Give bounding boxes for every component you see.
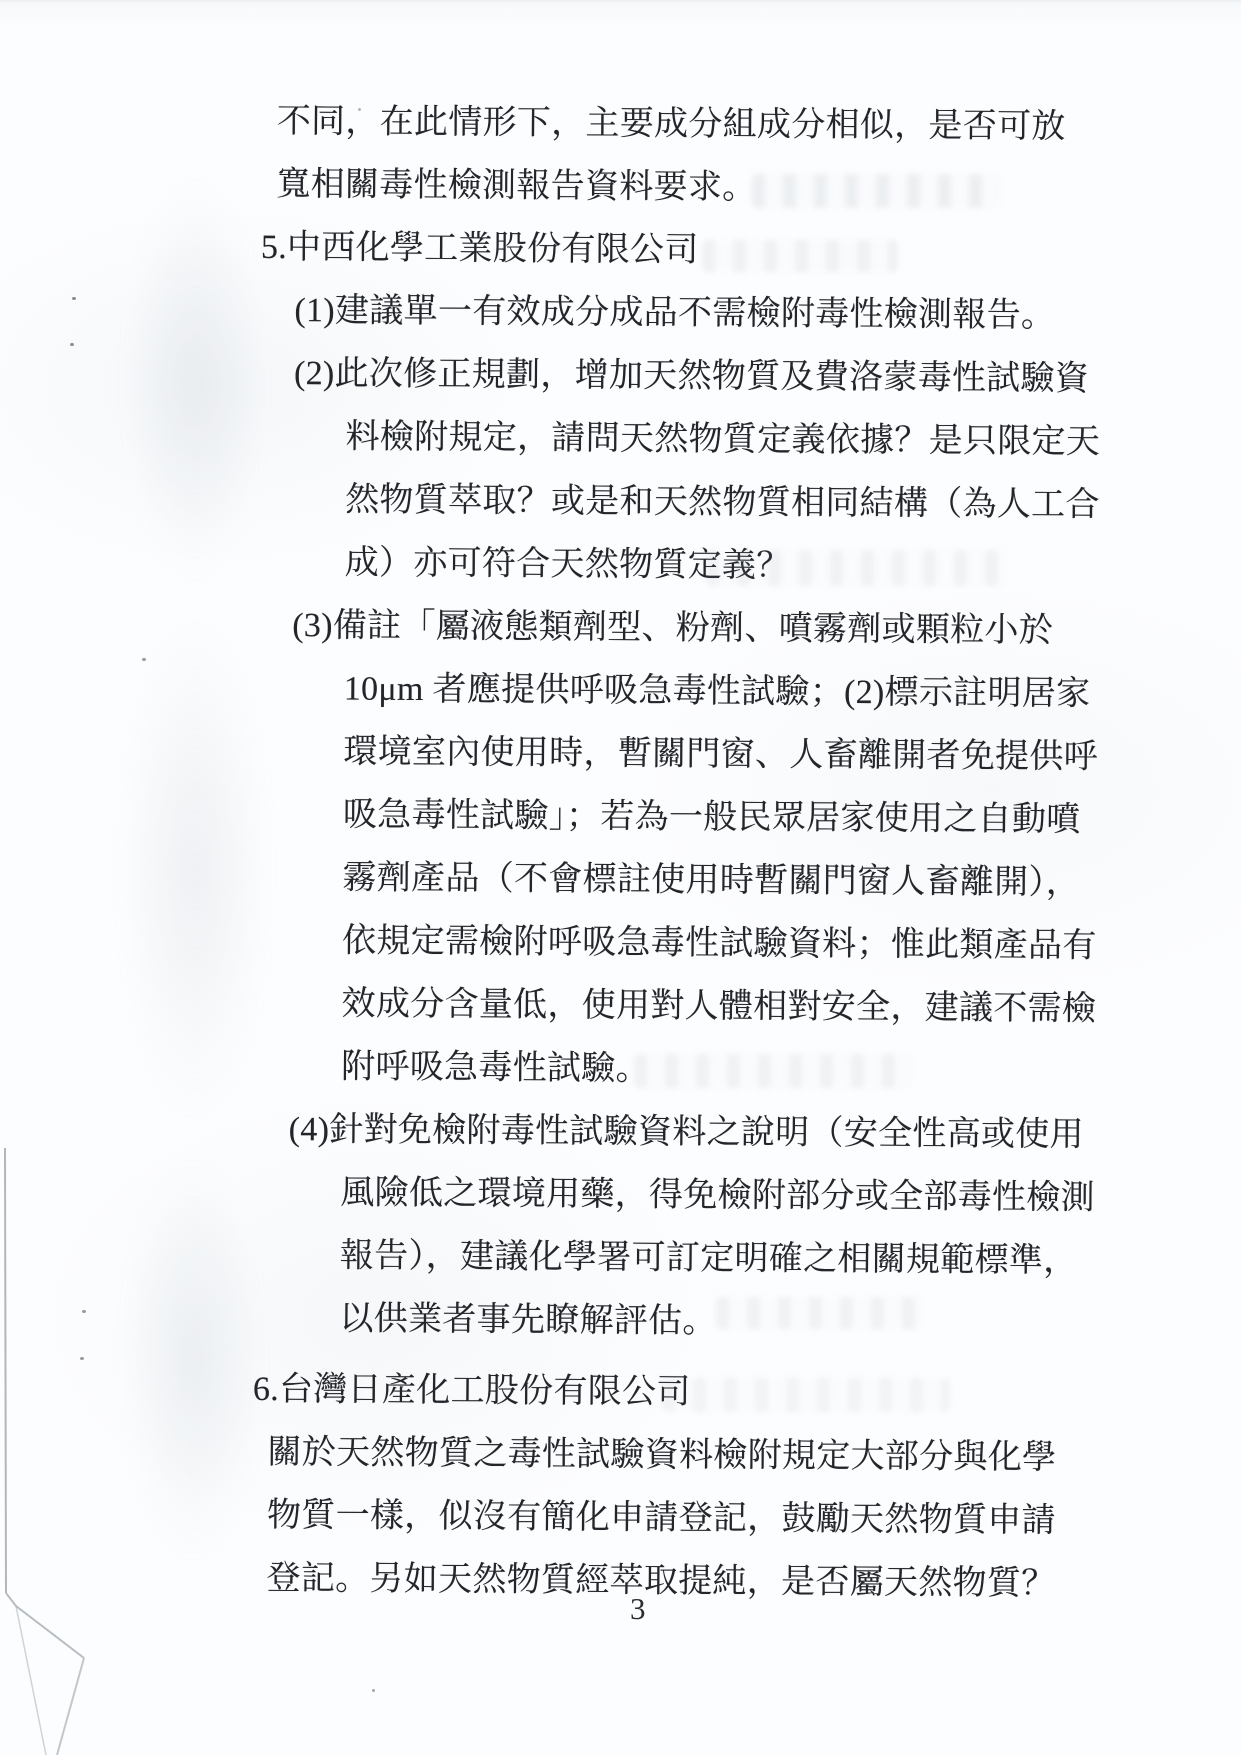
text-line: 關於天然物質之毒性試驗資料檢附規定大部分與化學 [0,1419,1232,1491]
text-line: 附呼吸急毒性試驗。 [0,1033,1234,1105]
document-body: 不同，在此情形下，主要成分組成分相似，是否可放 寬相關毒性檢測報告資料要求。 5… [0,88,1241,1617]
text-line: 風險低之環境用藥，得免檢附部分或全部毒性檢測 [0,1159,1233,1231]
item-5-heading: 5.中西化學工業股份有限公司 [0,214,1240,286]
text-line: 效成分含量低，使用對人體相對安全，建議不需檢 [0,970,1235,1042]
text-line: 依規定需檢附呼吸急毒性試驗資料；惟此類產品有 [0,907,1235,979]
text-line: (4)針對免檢附毒性試驗資料之說明（安全性高或使用 [0,1096,1234,1168]
text-line: 環境室內使用時，暫關門窗、人畜離開者免提供呼 [0,718,1237,790]
text-line: 以供業者事先瞭解評估。 [0,1285,1233,1357]
scanned-document-page: 不同，在此情形下，主要成分組成分相似，是否可放 寬相關毒性檢測報告資料要求。 5… [0,0,1241,1755]
text-line: 料檢附規定，請問天然物質定義依據？是只限定天 [0,403,1239,475]
text-line: 不同，在此情形下，主要成分組成分相似，是否可放 [0,88,1241,160]
item-6-heading: 6.台灣日產化工股份有限公司 [0,1356,1232,1428]
text-line: (2)此次修正規劃，增加天然物質及費洛蒙毒性試驗資 [0,340,1239,412]
text-line: 物質一樣，似沒有簡化申請登記，鼓勵天然物質申請 [0,1482,1231,1554]
text-line: 寬相關毒性檢測報告資料要求。 [0,151,1241,223]
text-line: 10μm 者應提供呼吸急毒性試驗；(2)標示註明居家 [0,655,1237,727]
dust-speck [372,1689,375,1692]
text-line: 登記。另如天然物質經萃取提純，是否屬天然物質？ [0,1545,1231,1617]
page-number: 3 [630,1592,646,1626]
text-line: (3)備註「屬液態類劑型、粉劑、噴霧劑或顆粒小於 [0,592,1237,664]
text-line: 然物質萃取？或是和天然物質相同結構（為人工合 [0,466,1238,538]
text-line: 報告），建議化學署可訂定明確之相關規範標準， [0,1222,1233,1294]
text-line: 吸急毒性試驗」；若為一般民眾居家使用之自動噴 [0,781,1236,853]
text-line: 霧劑產品（不會標註使用時暫關門窗人畜離開）， [0,844,1236,916]
text-line: 成）亦可符合天然物質定義？ [0,529,1238,601]
text-line: (1)建議單一有效成分成品不需檢附毒性檢測報告。 [0,277,1240,349]
